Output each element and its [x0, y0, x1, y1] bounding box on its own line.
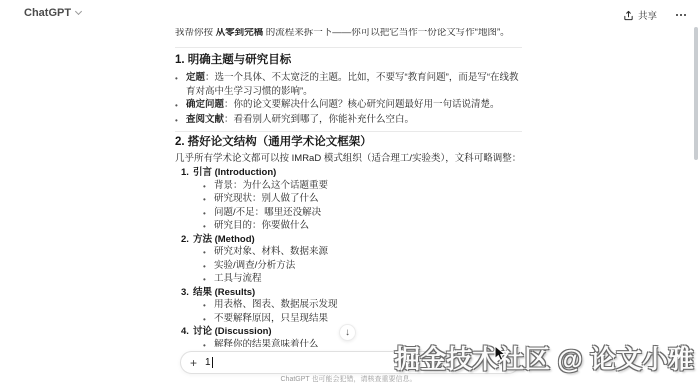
- disclaimer-text: ChatGPT 也可能会犯错，请核查重要信息。: [175, 374, 522, 384]
- section-intro: 几乎所有学术论文都可以按 IMRaD 模式组织（适合理工/实验类），文科可略调整…: [175, 152, 522, 165]
- bullet-icon: •: [203, 220, 214, 234]
- message-input[interactable]: + 1: [180, 351, 520, 374]
- text-caret: [212, 357, 213, 368]
- attach-plus-button[interactable]: +: [190, 357, 197, 369]
- share-icon: [623, 10, 634, 21]
- list-item: •用表格、图表、数据展示发现: [175, 299, 522, 313]
- bullet-icon: •: [203, 207, 214, 221]
- bullet-list: • 定题：选一个具体、不太宽泛的主题。比如，不要写“教育问题”，而是写“在线教育…: [175, 71, 522, 127]
- list-item: •问题/不足：哪里还没解决: [175, 207, 522, 221]
- model-switcher[interactable]: ChatGPT: [24, 7, 81, 19]
- scrollbar-thumb[interactable]: [694, 27, 698, 160]
- chevron-down-icon: [75, 8, 82, 15]
- section-heading: 1. 明确主题与研究目标: [175, 54, 522, 67]
- more-options-button[interactable]: [672, 11, 690, 19]
- section-divider: [175, 47, 522, 48]
- top-bar: ChatGPT 共享: [0, 0, 700, 28]
- top-actions: 共享: [618, 5, 690, 25]
- outline-title: 结果 (Results): [193, 287, 255, 298]
- outline-item: 1.引言 (Introduction): [175, 167, 522, 180]
- bullet-icon: •: [203, 246, 214, 260]
- outline-title: 方法 (Method): [193, 234, 255, 245]
- list-item: •研究对象、材料、数据来源: [175, 246, 522, 260]
- outline-title: 讨论 (Discussion): [193, 326, 272, 337]
- list-item: • 查阅文献：看看别人研究到哪了，你能补充什么空白。: [175, 113, 522, 128]
- bullet-icon: •: [203, 273, 214, 287]
- outline-number: 2.: [181, 234, 189, 245]
- list-item: •工具与流程: [175, 273, 522, 287]
- bullet-icon: •: [175, 113, 186, 128]
- outline-item: 2.方法 (Method): [175, 234, 522, 247]
- more-icon: [676, 14, 678, 16]
- bullet-icon: •: [175, 71, 186, 98]
- outline-item: 3.结果 (Results): [175, 287, 522, 300]
- bullet-icon: •: [203, 180, 214, 194]
- bullet-icon: •: [203, 260, 214, 274]
- list-item: •研究目的：你要做什么: [175, 220, 522, 234]
- app-title: ChatGPT: [24, 7, 71, 19]
- list-item: • 确定问题：你的论文要解决什么问题？核心研究问题最好用一句话说清楚。: [175, 98, 522, 113]
- outline-title: 引言 (Introduction): [193, 167, 276, 178]
- input-value: 1: [205, 357, 211, 368]
- list-item: •背景：为什么这个话题重要: [175, 180, 522, 194]
- assistant-message: 论文的写作其实可以拆成几个清晰的阶段，每一步都有“套路”，跟着做就不会乱。 我帮…: [175, 10, 522, 366]
- outline-number: 3.: [181, 287, 189, 298]
- section-heading: 2. 搭好论文结构（通用学术论文框架）: [175, 136, 522, 149]
- bullet-icon: •: [175, 98, 186, 113]
- bullet-icon: •: [203, 313, 214, 327]
- list-item: •研究现状：别人做了什么: [175, 193, 522, 207]
- scroll-to-bottom-button[interactable]: ↓: [339, 324, 356, 341]
- outline-number: 4.: [181, 326, 189, 337]
- bullet-icon: •: [203, 299, 214, 313]
- list-item: • 定题：选一个具体、不太宽泛的主题。比如，不要写“教育问题”，而是写“在线教育…: [175, 71, 522, 98]
- share-label: 共享: [638, 8, 657, 22]
- outline-number: 1.: [181, 167, 189, 178]
- arrow-down-icon: ↓: [345, 327, 350, 338]
- share-button[interactable]: 共享: [618, 5, 662, 25]
- mouse-cursor-icon: [493, 345, 508, 367]
- bullet-icon: •: [203, 193, 214, 207]
- list-item: •实验/调查/分析方法: [175, 260, 522, 274]
- section-divider: [175, 131, 522, 132]
